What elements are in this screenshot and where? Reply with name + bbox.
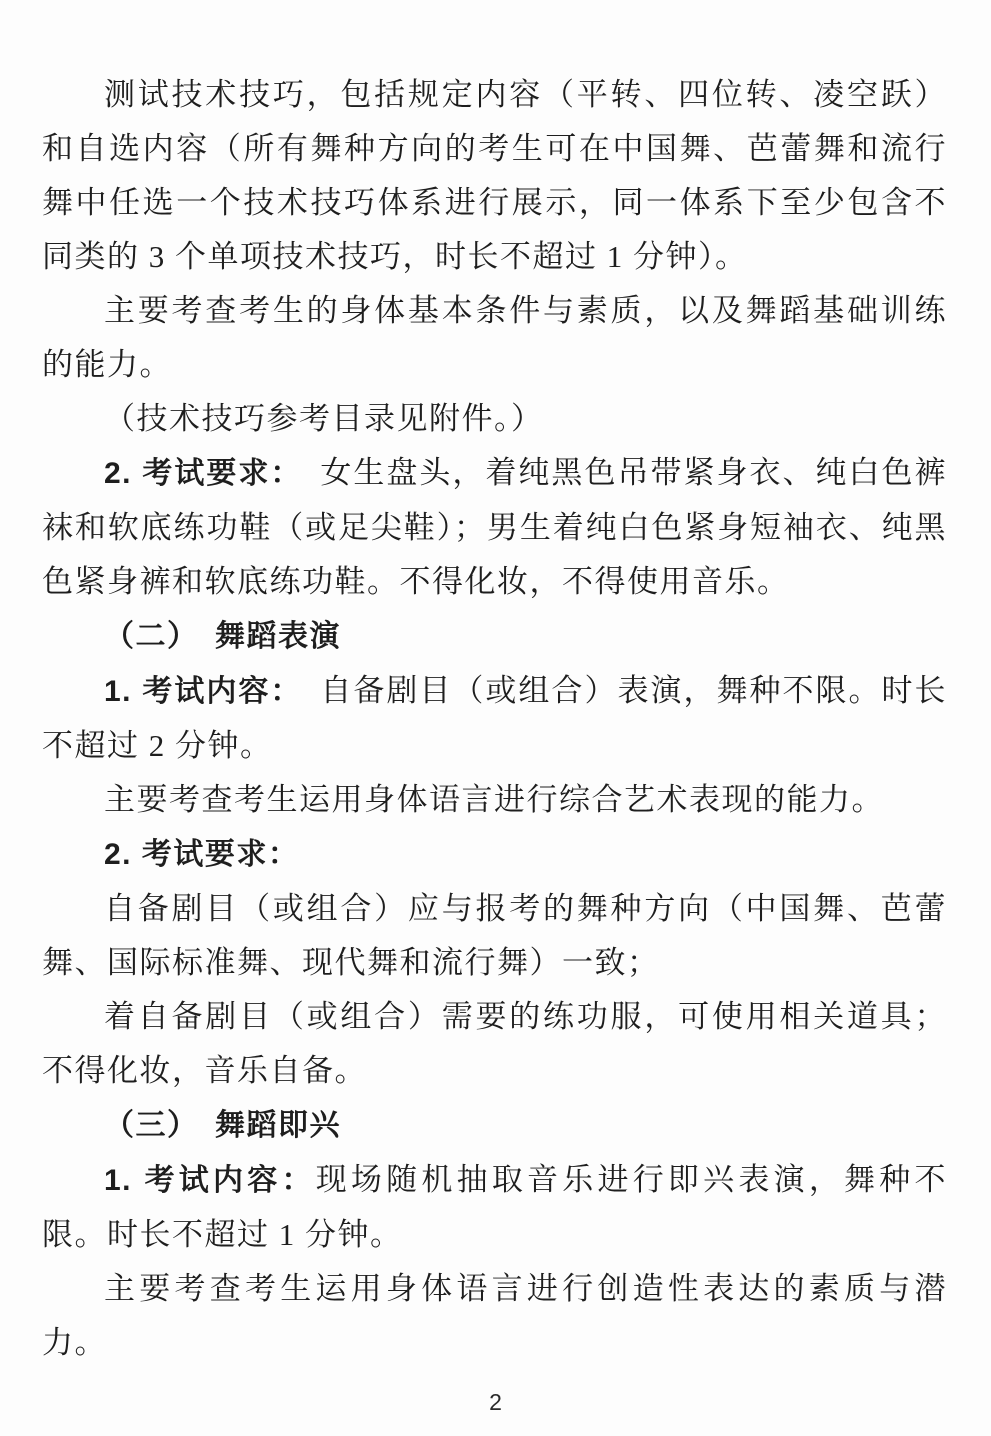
paragraph-text: 测试技术技巧，包括规定内容（平转、四位转、凌空跃）和自选内容（所有舞种方向的考生…: [42, 77, 947, 274]
paragraph-text: 主要考查考生运用身体语言进行创造性表达的素质与潜力。: [42, 1271, 947, 1360]
section-heading-label: （二） 舞蹈表演: [104, 620, 341, 653]
paragraph: 1. 考试内容：现场随机抽取音乐进行即兴表演，舞种不限。时长不超过 1 分钟。: [42, 1153, 947, 1262]
page-number: 2: [0, 1389, 991, 1416]
section-heading: （二） 舞蹈表演: [42, 609, 947, 664]
paragraph: 1. 考试内容： 自备剧目（或组合）表演，舞种不限。时长不超过 2 分钟。: [42, 664, 947, 773]
section-heading: （三） 舞蹈即兴: [42, 1098, 947, 1153]
section-heading-label: （三） 舞蹈即兴: [104, 1109, 341, 1142]
paragraph-label: 2. 考试要求：: [104, 457, 287, 490]
paragraph-text: 主要考查考生运用身体语言进行综合艺术表现的能力。: [104, 782, 884, 817]
paragraph: 2. 考试要求： 女生盘头，着纯黑色吊带紧身衣、纯白色裤袜和软底练功鞋（或足尖鞋…: [42, 446, 947, 609]
paragraph: 自备剧目（或组合）应与报考的舞种方向（中国舞、芭蕾舞、国际标准舞、现代舞和流行舞…: [42, 882, 947, 990]
paragraph-text: （技术技巧参考目录见附件。）: [104, 401, 544, 436]
paragraph: （技术技巧参考目录见附件。）: [42, 392, 947, 446]
paragraph-text: 主要考查考生的身体基本条件与素质，以及舞蹈基础训练的能力。: [42, 293, 947, 382]
paragraph-label: 1. 考试内容：: [104, 675, 287, 708]
paragraph: 2. 考试要求：: [42, 827, 947, 882]
document-page: 测试技术技巧，包括规定内容（平转、四位转、凌空跃）和自选内容（所有舞种方向的考生…: [0, 0, 991, 1436]
body-text: 测试技术技巧，包括规定内容（平转、四位转、凌空跃）和自选内容（所有舞种方向的考生…: [42, 68, 947, 1370]
paragraph-label: 2. 考试要求：: [104, 838, 299, 871]
paragraph: 测试技术技巧，包括规定内容（平转、四位转、凌空跃）和自选内容（所有舞种方向的考生…: [42, 68, 947, 284]
paragraph-text: 自备剧目（或组合）应与报考的舞种方向（中国舞、芭蕾舞、国际标准舞、现代舞和流行舞…: [42, 891, 947, 980]
paragraph-text: 着自备剧目（或组合）需要的练功服，可使用相关道具；不得化妆，音乐自备。: [42, 999, 947, 1088]
paragraph: 着自备剧目（或组合）需要的练功服，可使用相关道具；不得化妆，音乐自备。: [42, 990, 947, 1098]
paragraph: 主要考查考生运用身体语言进行创造性表达的素质与潜力。: [42, 1262, 947, 1370]
paragraph-label: 1. 考试内容：: [104, 1164, 316, 1197]
paragraph: 主要考查考生的身体基本条件与素质，以及舞蹈基础训练的能力。: [42, 284, 947, 392]
paragraph: 主要考查考生运用身体语言进行综合艺术表现的能力。: [42, 773, 947, 827]
